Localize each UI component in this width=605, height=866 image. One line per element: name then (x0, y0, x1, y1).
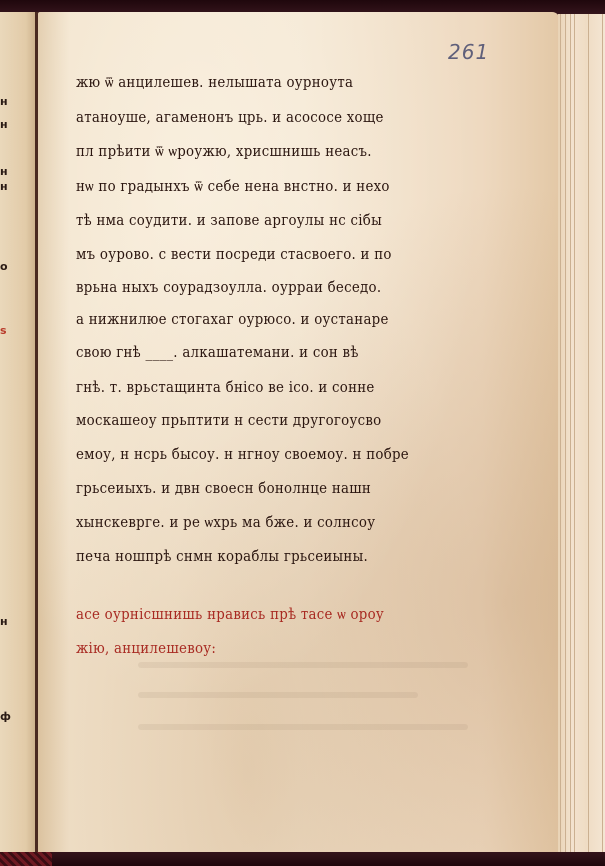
text-line: а нижнилюе стогахаг оурюсо. и оустанаре (76, 312, 389, 328)
manuscript-page (38, 12, 560, 856)
text-line: гнѣ. т. врьстащинта бнiсо ве iсо. и сонн… (76, 380, 375, 396)
previous-page-edge: н н н н о ѕ н ф (0, 12, 37, 858)
prev-page-letter-red: ѕ (0, 324, 7, 337)
binding-cloth (0, 852, 52, 866)
page-stack-edges (558, 14, 605, 856)
text-line: жю ѿ анцилешев. нелышата оурноута (76, 75, 353, 92)
prev-page-letter: н (0, 118, 8, 131)
text-line: атаноуше, агаменонъ црь. и асососе хоще (76, 110, 384, 126)
prev-page-letter: н (0, 165, 8, 178)
text-line: емоу, н нсрь бысоу. н нгноу своемоу. н п… (76, 447, 409, 463)
text-line: врьна ныхъ соурадзоулла. оурраи беседо. (76, 280, 381, 296)
text-line: тѣ нма соудити. и запове аргоулы нс сiбы (76, 213, 382, 229)
text-line: хынскеврге. и ре ѡхрь ма бже. и солнсоу (76, 515, 375, 532)
ink-show-through (138, 724, 468, 730)
text-line: мъ оурово. с вести посреди стасвоего. и … (76, 247, 392, 263)
prev-page-letter: н (0, 95, 8, 108)
text-line: москашеоу прьптити н сести другогоусво (76, 413, 381, 429)
text-line: нѡ по градынхъ ѿ себе нена внстно. и нех… (76, 179, 390, 196)
text-line: печа ношпрѣ снмн кораблы грьсеиыны. (76, 549, 368, 565)
prev-page-letter: ф (0, 710, 11, 723)
rubric-line: жiю, анцилешевоу: (76, 641, 216, 657)
text-line: грьсеиыхъ. и двн своесн бонолнце нашн (76, 481, 371, 497)
text-line: пл прѣити ѿ ѡроужю, хрисшнишь неасъ. (76, 144, 372, 161)
prev-page-letter: о (0, 260, 8, 273)
ink-show-through (138, 662, 468, 668)
page-number: 261 (448, 40, 489, 64)
rubric-line: асе оурнiсшнишь нравись прѣ тасе ѡ ороу (76, 607, 384, 624)
prev-page-letter: н (0, 180, 8, 193)
text-line: свою гнѣ ____. алкашатемани. и сон вѣ (76, 345, 359, 361)
ink-show-through (138, 692, 418, 698)
prev-page-letter: н (0, 615, 8, 628)
book-binding-bottom (0, 852, 605, 866)
